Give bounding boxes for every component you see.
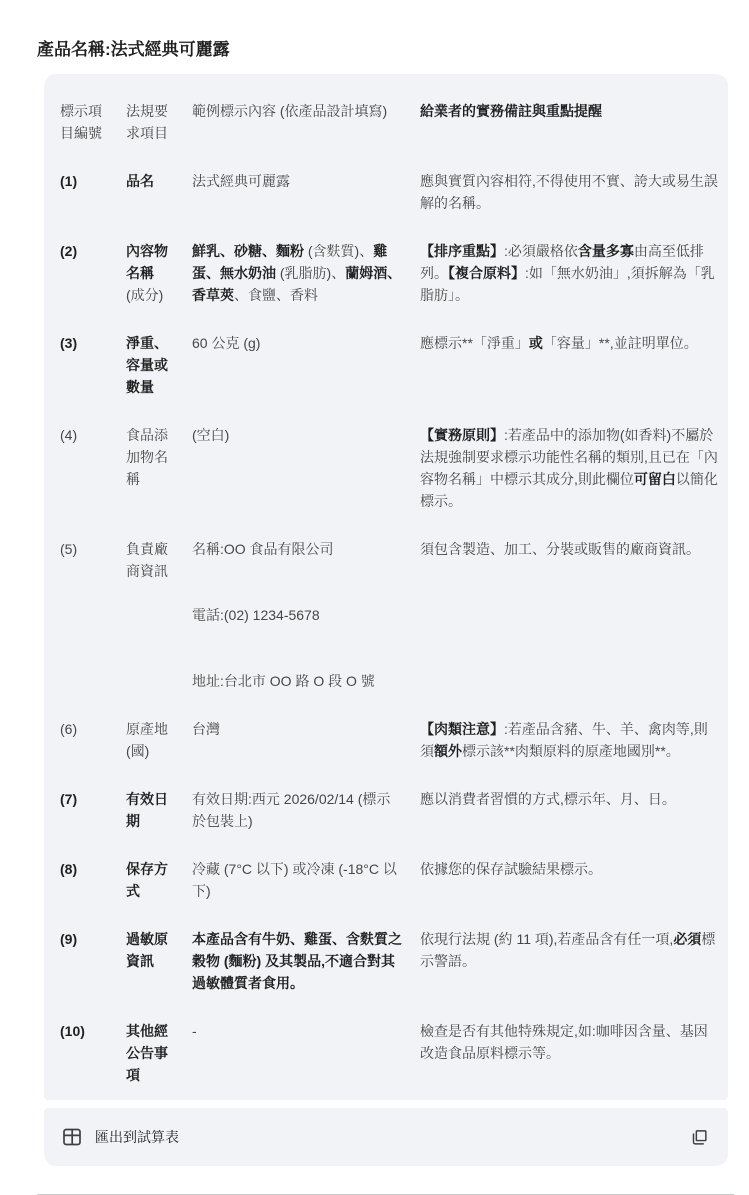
requirement-cell: 原產地 (國) (126, 718, 174, 762)
requirement-cell: 食品添加物名稱 (126, 424, 174, 512)
requirement-cell: 內容物名稱 (成分) (126, 240, 174, 306)
bold-text: 【排序重點】 (420, 243, 504, 259)
bold-text: 含量多寡 (578, 243, 634, 259)
text: 檢查是否有其他特殊規定,如:咖啡因含量、基因改造食品原料標示等。 (420, 1023, 708, 1061)
remarks-cell: 應標示**「淨重」或「容量」**,並註明單位。 (420, 332, 718, 398)
bold-text: (3) (60, 335, 77, 351)
remarks-cell: 應與實質內容相符,不得使用不實、誇大或易生誤解的名稱。 (420, 170, 718, 214)
table-row: (7)有效日期有效日期:西元 2026/02/14 (標示於包裝上)應以消費者習… (60, 788, 718, 832)
row-number-cell: (2) (60, 240, 108, 306)
text: 依現行法規 (約 11 項),若產品含有任一項, (420, 931, 673, 947)
export-to-sheets-button[interactable]: 匯出到試算表 (60, 1123, 181, 1151)
text: 須包含製造、加工、分裝或販售的廠商資訊。 (420, 541, 700, 557)
bold-text: 額外 (434, 743, 462, 759)
header-item-number: 標示項目編號 (60, 100, 108, 144)
remarks-cell: 【肉類注意】:若產品含豬、牛、羊、禽肉等,則須額外標示該**肉類原料的原產地國別… (420, 718, 718, 762)
row-number-cell: (7) (60, 788, 108, 832)
bold-text: 過敏原資訊 (126, 931, 168, 969)
requirement-cell: 品名 (126, 170, 174, 214)
text: 台灣 (192, 721, 220, 737)
text: 有效日期:西元 2026/02/14 (標示於包裝上) (192, 791, 390, 829)
header-example-content: 範例標示內容 (依產品設計填寫) (192, 100, 402, 144)
remarks-cell: 須包含製造、加工、分裝或販售的廠商資訊。 (420, 538, 718, 692)
remarks-cell: 依現行法規 (約 11 項),若產品含有任一項,必須標示警語。 (420, 928, 718, 994)
text: 冷藏 (7°C 以下) 或冷凍 (-18°C 以下) (192, 861, 397, 899)
bold-text: 其他經公告事項 (126, 1023, 168, 1083)
remarks-cell: 【排序重點】:必須嚴格依含量多寡由高至低排列。【複合原料】:如「無水奶油」,須拆… (420, 240, 718, 306)
row-number-cell: (9) (60, 928, 108, 994)
example-content-cell: 法式經典可麗露 (192, 170, 402, 214)
remarks-cell: 應以消費者習慣的方式,標示年、月、日。 (420, 788, 718, 832)
copy-button[interactable] (682, 1120, 716, 1154)
bold-text: 保存方式 (126, 861, 168, 899)
table-row: (5)負責廠商資訊名稱:OO 食品有限公司電話:(02) 1234-5678地址… (60, 538, 718, 692)
text: (含麩質)、 (304, 243, 373, 259)
bold-text: 本產品含有牛奶、雞蛋、含麩質之穀物 (麵粉) 及其製品,不適合對其過敏體質者食用… (192, 931, 402, 991)
text: 法式經典可麗露 (192, 173, 290, 189)
bold-text: (10) (60, 1023, 85, 1039)
text: :必須嚴格依 (504, 243, 578, 259)
remarks-cell: 依據您的保存試驗結果標示。 (420, 858, 718, 902)
example-content-cell: (空白) (192, 424, 402, 512)
text: 、食鹽、香料 (234, 287, 318, 303)
bold-text: 淨重、容量或數量 (126, 335, 168, 395)
row-number-cell: (6) (60, 718, 108, 762)
text: (4) (60, 427, 77, 443)
requirement-cell: 淨重、容量或數量 (126, 332, 174, 398)
header-practical-notes: 給業者的實務備註與重點提醒 (420, 100, 718, 144)
text: 應以消費者習慣的方式,標示年、月、日。 (420, 791, 676, 807)
header-required-item: 法規要求項目 (126, 100, 174, 144)
table-footer: 匯出到試算表 (44, 1108, 728, 1166)
bold-text: 或 (529, 335, 543, 351)
table-row: (6)原產地 (國)台灣【肉類注意】:若產品含豬、牛、羊、禽肉等,則須額外標示該… (60, 718, 718, 762)
table-row: (2)內容物名稱 (成分)鮮乳、砂糖、麵粉 (含麩質)、雞蛋、無水奶油 (乳脂肪… (60, 240, 718, 306)
row-number-cell: (5) (60, 538, 108, 692)
example-content-cell: 鮮乳、砂糖、麵粉 (含麩質)、雞蛋、無水奶油 (乳脂肪)、蘭姆酒、香草莢、食鹽、… (192, 240, 402, 306)
text: 地址:台北市 OO 路 O 段 O 號 (192, 673, 375, 689)
table-row: (8)保存方式冷藏 (7°C 以下) 或冷凍 (-18°C 以下)依據您的保存試… (60, 858, 718, 902)
requirement-cell: 其他經公告事項 (126, 1020, 174, 1086)
label-requirements-table: 標示項目編號 法規要求項目 範例標示內容 (依產品設計填寫) 給業者的實務備註與… (44, 74, 728, 1100)
table-row: (1)品名法式經典可麗露應與實質內容相符,不得使用不實、誇大或易生誤解的名稱。 (60, 170, 718, 214)
text: 名稱:OO 食品有限公司 (192, 541, 334, 557)
text: (乳脂肪)、 (276, 265, 345, 281)
example-content-cell: 有效日期:西元 2026/02/14 (標示於包裝上) (192, 788, 402, 832)
text: 依據您的保存試驗結果標示。 (420, 861, 602, 877)
example-content-cell: - (192, 1020, 402, 1086)
requirement-cell: 負責廠商資訊 (126, 538, 174, 692)
requirement-cell: 過敏原資訊 (126, 928, 174, 994)
bold-text: (1) (60, 173, 77, 189)
text: 標示該**肉類原料的原產地國別**。 (462, 743, 680, 759)
text: 應與實質內容相符,不得使用不實、誇大或易生誤解的名稱。 (420, 173, 718, 211)
row-number-cell: (8) (60, 858, 108, 902)
text: (6) (60, 721, 77, 737)
bold-text: 【肉類注意】 (420, 721, 504, 737)
table-row: (3)淨重、容量或數量60 公克 (g)應標示**「淨重」或「容量」**,並註明… (60, 332, 718, 398)
text: (成分) (126, 287, 163, 303)
copy-icon (690, 1128, 709, 1147)
bold-text: 有效日期 (126, 791, 168, 829)
remarks-cell: 【實務原則】:若產品中的添加物(如香料)不屬於法規強制要求標示功能性名稱的類別,… (420, 424, 718, 512)
table-row: (4)食品添加物名稱(空白)【實務原則】:若產品中的添加物(如香料)不屬於法規強… (60, 424, 718, 512)
row-number-cell: (3) (60, 332, 108, 398)
requirement-cell: 保存方式 (126, 858, 174, 902)
table-row: (10)其他經公告事項-檢查是否有其他特殊規定,如:咖啡因含量、基因改造食品原料… (60, 1020, 718, 1086)
example-content-cell: 60 公克 (g) (192, 332, 402, 398)
row-number-cell: (10) (60, 1020, 108, 1086)
table-row: (9)過敏原資訊本產品含有牛奶、雞蛋、含麩質之穀物 (麵粉) 及其製品,不適合對… (60, 928, 718, 994)
export-to-sheets-label: 匯出到試算表 (95, 1127, 179, 1147)
example-content-cell: 名稱:OO 食品有限公司電話:(02) 1234-5678地址:台北市 OO 路… (192, 538, 402, 692)
bold-text: 品名 (126, 173, 154, 189)
bold-text: (8) (60, 861, 77, 877)
text: 原產地 (國) (126, 721, 168, 759)
remarks-cell: 檢查是否有其他特殊規定,如:咖啡因含量、基因改造食品原料標示等。 (420, 1020, 718, 1086)
example-content-cell: 本產品含有牛奶、雞蛋、含麩質之穀物 (麵粉) 及其製品,不適合對其過敏體質者食用… (192, 928, 402, 994)
row-number-cell: (1) (60, 170, 108, 214)
bold-text: (9) (60, 931, 77, 947)
text: (空白) (192, 427, 229, 443)
text: (5) (60, 541, 77, 557)
text: 食品添加物名稱 (126, 427, 168, 487)
page-title: 產品名稱:法式經典可麗露 (37, 38, 749, 62)
example-content-cell: 冷藏 (7°C 以下) 或冷凍 (-18°C 以下) (192, 858, 402, 902)
text: 「容量」**,並註明單位。 (543, 335, 698, 351)
bold-text: 鮮乳、砂糖、麵粉 (192, 243, 304, 259)
bold-text: 可留白 (634, 471, 676, 487)
table-header-row: 標示項目編號 法規要求項目 範例標示內容 (依產品設計填寫) 給業者的實務備註與… (60, 100, 718, 144)
bold-text: 內容物名稱 (126, 243, 168, 281)
example-content-cell: 台灣 (192, 718, 402, 762)
text: 60 公克 (g) (192, 335, 260, 351)
bold-text: (7) (60, 791, 77, 807)
bold-text: 【複合原料】 (448, 265, 525, 281)
requirement-cell: 有效日期 (126, 788, 174, 832)
bold-text: 【實務原則】 (420, 427, 504, 443)
bold-text: (2) (60, 243, 77, 259)
text: 負責廠商資訊 (126, 541, 168, 579)
text: 應標示**「淨重」 (420, 335, 529, 351)
bold-text: 必須 (673, 931, 701, 947)
table-body: (1)品名法式經典可麗露應與實質內容相符,不得使用不實、誇大或易生誤解的名稱。(… (60, 170, 718, 1086)
text: 電話:(02) 1234-5678 (192, 607, 320, 623)
table-grid-icon (62, 1127, 82, 1147)
row-number-cell: (4) (60, 424, 108, 512)
text: - (192, 1023, 197, 1039)
